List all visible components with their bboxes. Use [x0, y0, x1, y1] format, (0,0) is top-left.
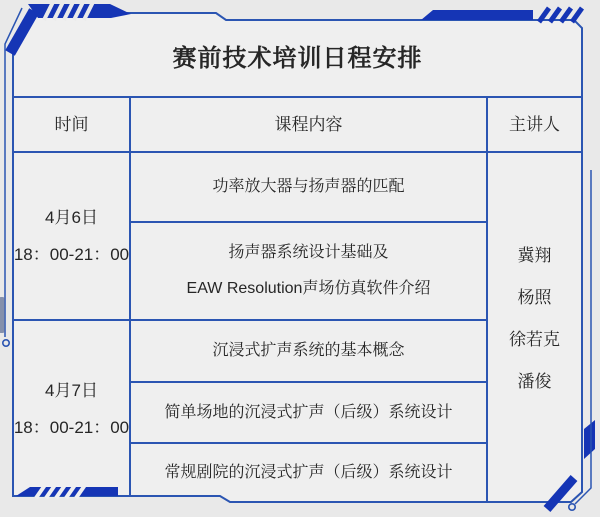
course-row-5-text: 常规剧院的沉浸式扩声（后级）系统设计 — [164, 455, 452, 491]
header-content: 课程内容 — [130, 97, 487, 152]
date-day1: 4月6日 — [45, 199, 98, 236]
speaker-name-4: 潘俊 — [518, 361, 552, 403]
course-row-2: 扬声器系统设计基础及 EAW Resolution声场仿真软件介绍 — [130, 222, 487, 320]
speaker-name-1: 冀翔 — [518, 235, 552, 277]
hours-day1: 18：00-21：00 — [14, 236, 129, 273]
course-row-4-text: 简单场地的沉浸式扩声（后级）系统设计 — [164, 395, 452, 431]
course-row-5: 常规剧院的沉浸式扩声（后级）系统设计 — [130, 443, 487, 502]
time-cell-day2: 4月7日 18：00-21：00 — [13, 320, 130, 497]
speaker-name-3: 徐若克 — [509, 319, 560, 361]
header-time: 时间 — [13, 97, 130, 152]
hours-day2: 18：00-21：00 — [14, 409, 129, 446]
course-row-2-line1: 扬声器系统设计基础及 — [228, 235, 388, 271]
speakers-cell: 冀翔 杨照 徐若克 潘俊 — [487, 144, 582, 494]
course-row-2-line2: EAW Resolution声场仿真软件介绍 — [187, 271, 431, 307]
date-day2: 4月7日 — [45, 372, 98, 409]
schedule-poster: 赛前技术培训日程安排 时间 课程内容 主讲人 4月6日 18：00-21：00 … — [0, 0, 600, 517]
time-cell-day1: 4月6日 18：00-21：00 — [13, 152, 130, 320]
page-title: 赛前技术培训日程安排 — [13, 21, 582, 96]
course-row-1-text: 功率放大器与扬声器的匹配 — [212, 169, 404, 205]
speaker-name-2: 杨照 — [518, 277, 552, 319]
course-row-3-text: 沉浸式扩声系统的基本概念 — [212, 333, 404, 369]
course-row-1: 功率放大器与扬声器的匹配 — [130, 152, 487, 222]
course-row-3: 沉浸式扩声系统的基本概念 — [130, 320, 487, 382]
course-row-4: 简单场地的沉浸式扩声（后级）系统设计 — [130, 382, 487, 443]
left-edge-bar — [0, 297, 5, 333]
